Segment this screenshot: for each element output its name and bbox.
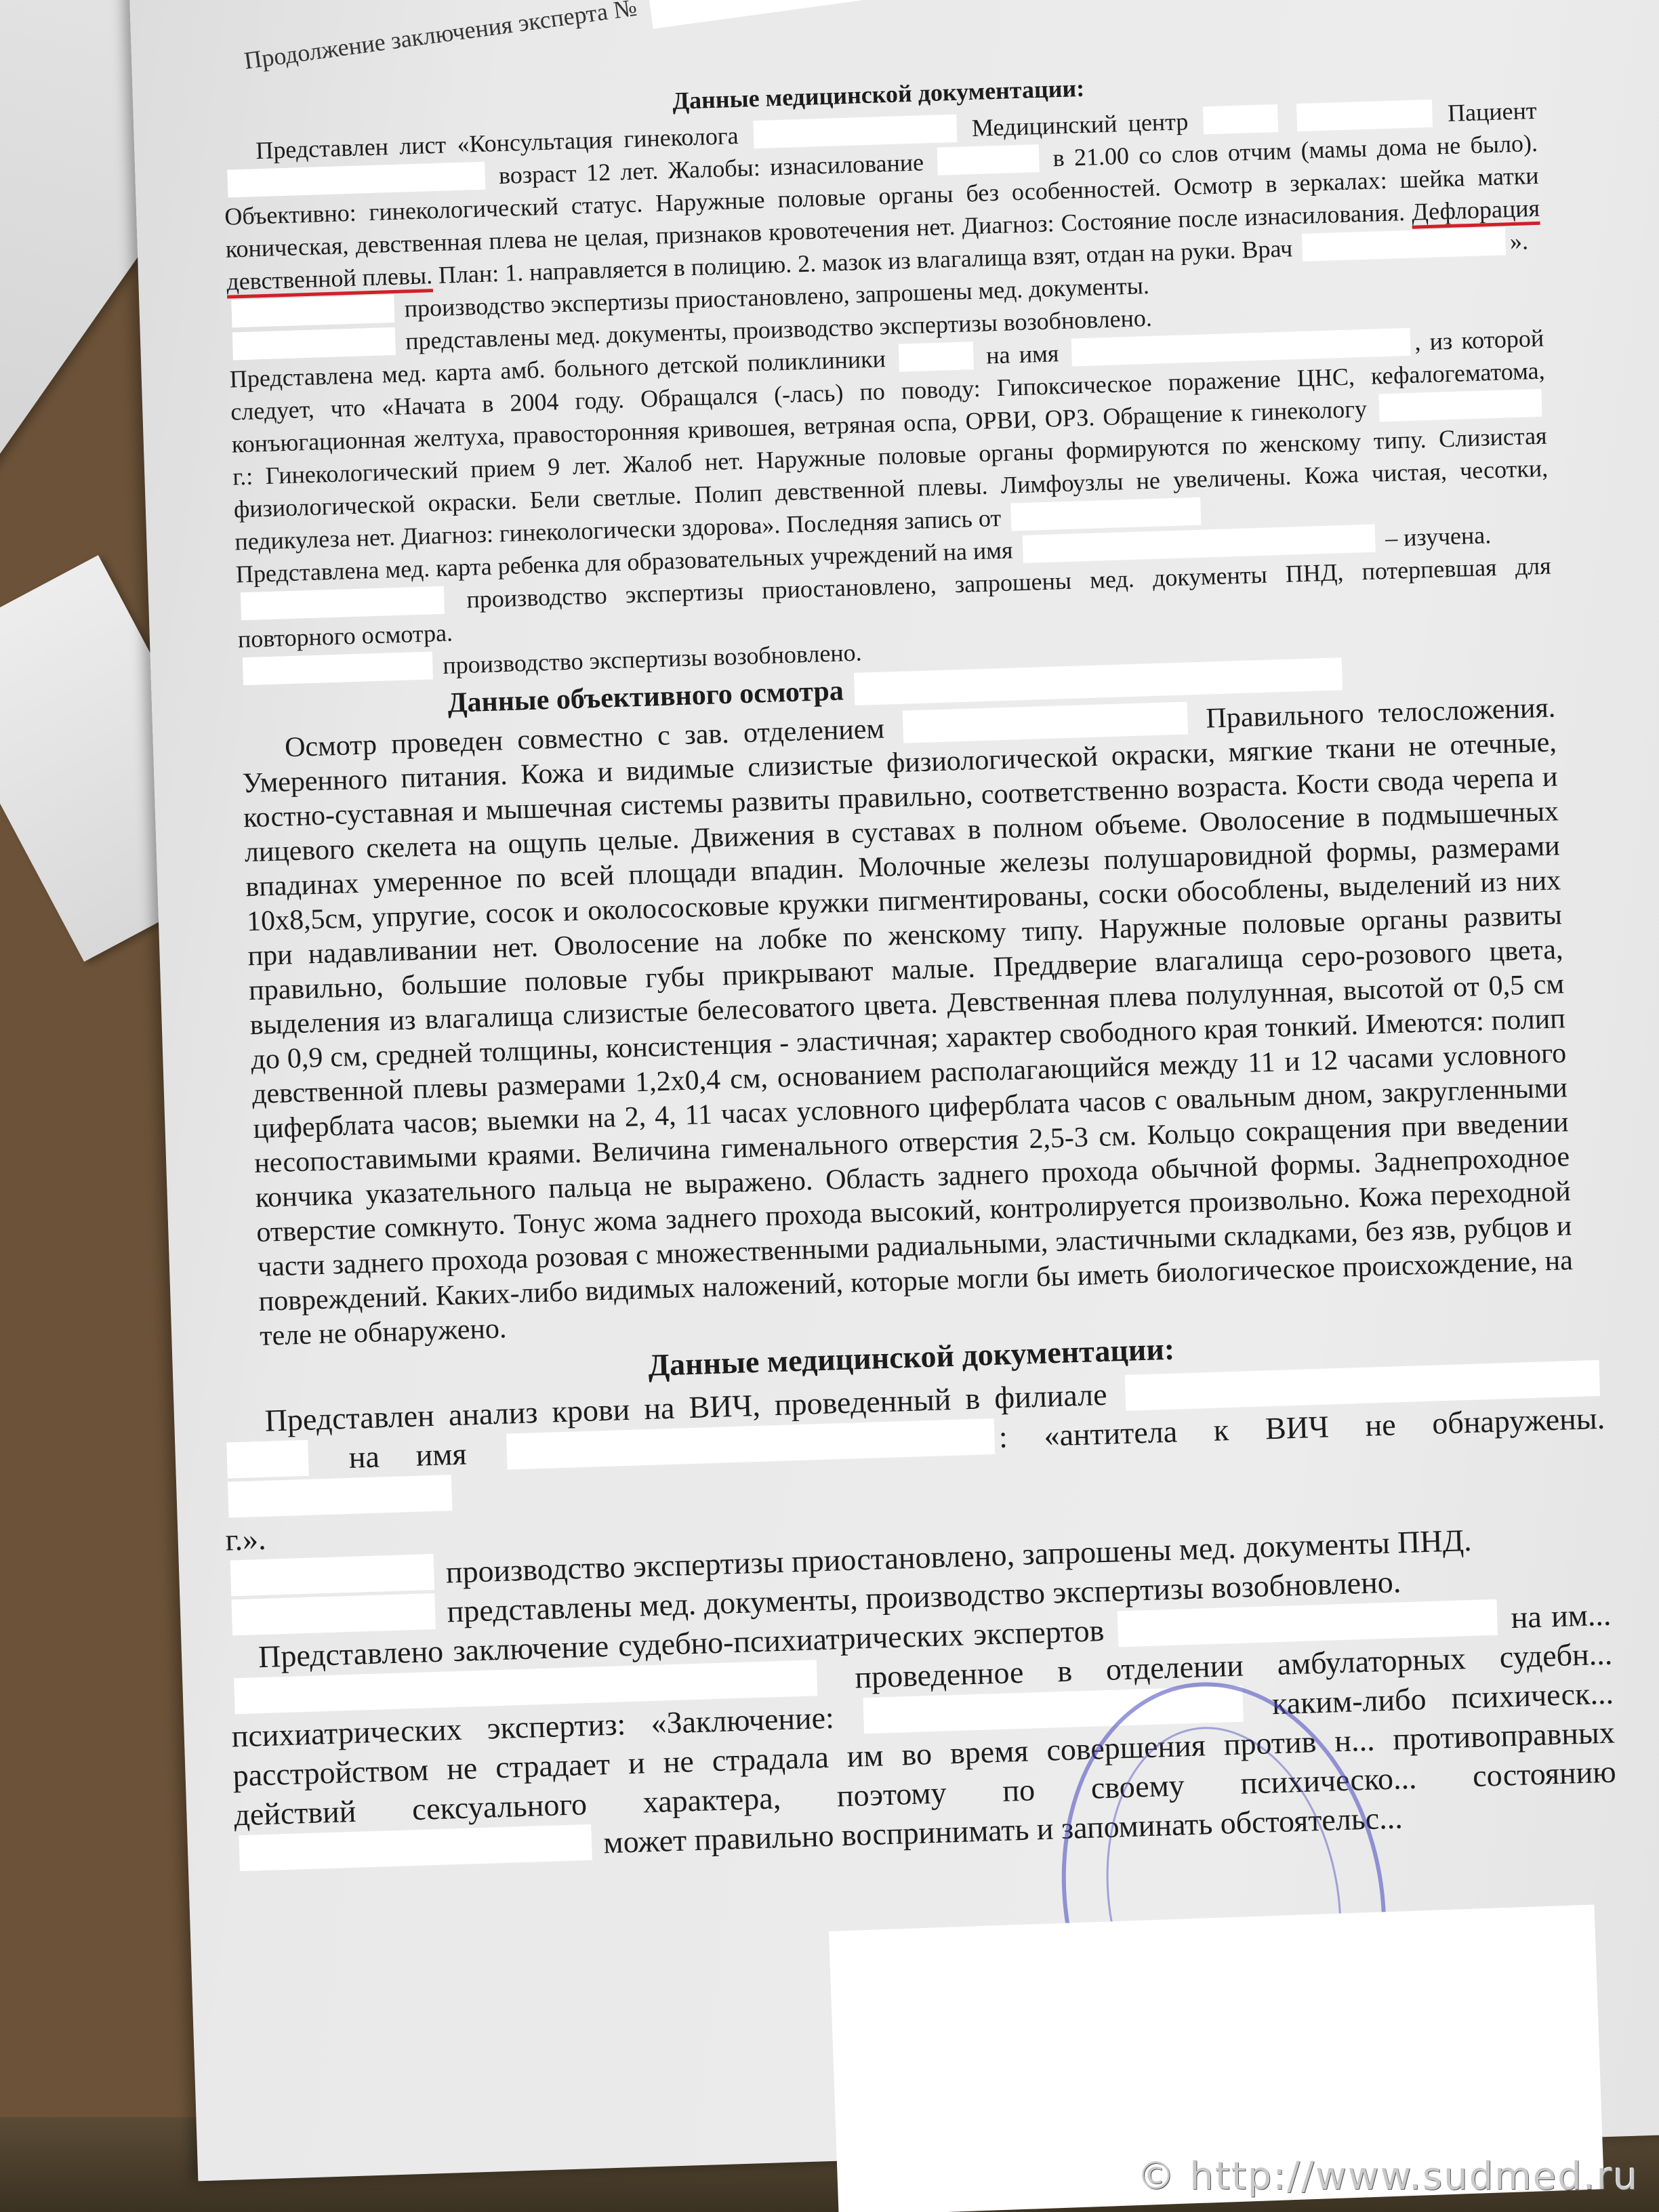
redaction-box <box>1296 99 1433 131</box>
redaction-box <box>226 1440 309 1479</box>
redaction-box <box>903 702 1188 743</box>
redaction-box <box>937 144 1040 175</box>
redaction-box <box>239 1824 592 1871</box>
redaction-box <box>230 1554 435 1596</box>
section-medical-docs-2: Данные медицинской документации: Предста… <box>220 1316 1618 1875</box>
page-content: Продолжение заключения эксперта № Данные… <box>219 0 1591 1873</box>
watermark: © http://www.sudmed.ru <box>1137 2154 1639 2198</box>
redaction-box <box>243 651 433 685</box>
redaction-box <box>753 114 957 148</box>
section-objective-exam: Данные объективного осмотра Осмотр прове… <box>239 651 1574 1354</box>
redaction-box <box>1302 227 1506 262</box>
paragraph-exam: Осмотр проведен совместно с зав. отделен… <box>241 690 1574 1354</box>
section-medical-docs-1: Данные медицинской документации: Предста… <box>221 58 1553 689</box>
redaction-box <box>231 1593 436 1635</box>
redaction-box <box>1378 388 1542 422</box>
redaction-box <box>1203 104 1278 134</box>
redaction-box <box>231 294 394 327</box>
redaction-box <box>1010 497 1201 531</box>
redaction-box <box>228 1475 452 1517</box>
redaction-box <box>647 0 1016 29</box>
background-sheet-text: ...вность ...левы, если да, ...ния и сте… <box>0 0 17 206</box>
redaction-box <box>232 327 396 360</box>
redaction-box <box>898 342 973 372</box>
redaction-box <box>241 586 445 620</box>
redaction-box <box>227 161 485 197</box>
document-page: Продолжение заключения эксперта № Данные… <box>129 0 1659 2181</box>
paragraph-psychiatric: Представлено заключение судебно-психиатр… <box>228 1595 1618 1875</box>
